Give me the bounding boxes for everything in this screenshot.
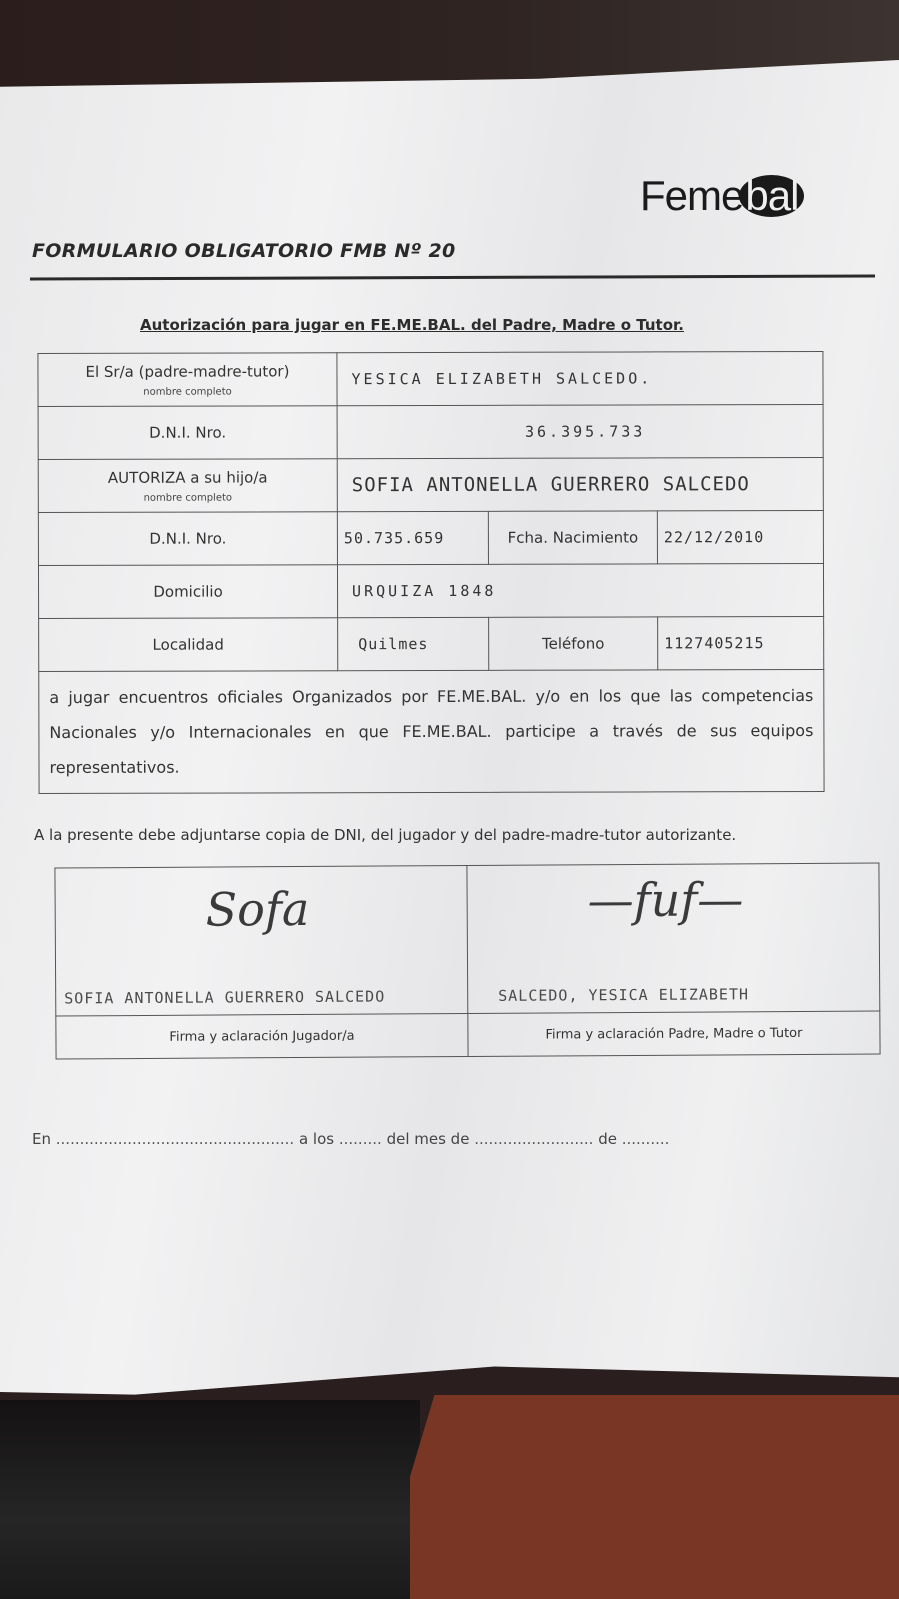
- child-dni-label: D.N.I. Nro.: [38, 512, 337, 566]
- logo-text: Feme: [640, 172, 743, 219]
- form-subtitle: Autorización para jugar en FE.ME.BAL. de…: [140, 316, 684, 334]
- table-row: D.N.I. Nro. 50.735.659 Fcha. Nacimiento …: [38, 510, 823, 565]
- city-label: Localidad: [39, 618, 338, 672]
- form-title: FORMULARIO OBLIGATORIO FMB Nº 20: [32, 240, 456, 262]
- background-wood-surface: [410, 1395, 899, 1599]
- signature-table: Sofa SOFIA ANTONELLA GUERRERO SALCEDO —f…: [54, 862, 880, 1059]
- guardian-signature-box[interactable]: —fuf— SALCEDO, YESICA ELIZABETH: [467, 863, 880, 1014]
- guardian-signature-label: Firma y aclaración Padre, Madre o Tutor: [468, 1011, 880, 1057]
- authorization-text: a jugar encuentros oficiales Organizados…: [39, 669, 824, 793]
- address-label: Domicilio: [38, 565, 337, 619]
- table-row: Localidad Quilmes Teléfono 1127405215: [39, 616, 824, 671]
- player-printed-name: SOFIA ANTONELLA GUERRERO SALCEDO: [64, 987, 463, 1007]
- guardian-label-cell: El Sr/a (padre-madre-tutor) nombre compl…: [38, 353, 337, 407]
- table-row: Firma y aclaración Jugador/a Firma y acl…: [56, 1011, 880, 1059]
- city-field[interactable]: Quilmes: [338, 617, 489, 670]
- day-blank[interactable]: .........: [339, 1130, 382, 1148]
- year-blank[interactable]: ..........: [622, 1130, 670, 1148]
- guardian-sublabel: nombre completo: [43, 386, 333, 398]
- player-signature-box[interactable]: Sofa SOFIA ANTONELLA GUERRERO SALCEDO: [55, 866, 468, 1017]
- guardian-printed-name: SALCEDO, YESICA ELIZABETH: [498, 985, 875, 1005]
- child-dni-field[interactable]: 50.735.659: [337, 511, 488, 564]
- child-sublabel: nombre completo: [43, 492, 333, 504]
- background-dark-cloth: [0, 1400, 420, 1599]
- address-field[interactable]: URQUIZA 1848: [337, 563, 823, 617]
- table-row: El Sr/a (padre-madre-tutor) nombre compl…: [38, 351, 823, 406]
- table-row: Sofa SOFIA ANTONELLA GUERRERO SALCEDO —f…: [55, 863, 880, 1016]
- table-row: Domicilio URQUIZA 1848: [38, 563, 823, 618]
- attachment-note: A la presente debe adjuntarse copia de D…: [34, 826, 736, 844]
- guardian-dni-field[interactable]: 36.395.733: [337, 404, 823, 458]
- birth-date-label: Fcha. Nacimiento: [488, 511, 657, 564]
- table-row: D.N.I. Nro. 36.395.733: [38, 404, 823, 459]
- child-name-field[interactable]: SOFIA ANTONELLA GUERRERO SALCEDO: [337, 457, 823, 511]
- birth-date-field[interactable]: 22/12/2010: [657, 510, 823, 563]
- date-del-mes-label: del mes de: [387, 1130, 470, 1148]
- guardian-name-field[interactable]: YESICA ELIZABETH SALCEDO.: [337, 351, 823, 405]
- date-a-los-label: a los: [299, 1130, 334, 1148]
- authorization-table: El Sr/a (padre-madre-tutor) nombre compl…: [37, 351, 824, 794]
- child-label-cell: AUTORIZA a su hijo/a nombre completo: [38, 459, 337, 513]
- player-signature-scribble-icon: Sofa: [206, 882, 310, 937]
- month-blank[interactable]: .........................: [474, 1130, 593, 1148]
- phone-label: Teléfono: [489, 617, 658, 670]
- table-row: a jugar encuentros oficiales Organizados…: [39, 669, 824, 793]
- date-en-label: En: [32, 1130, 51, 1148]
- place-blank[interactable]: ........................................…: [56, 1130, 294, 1148]
- player-signature-label: Firma y aclaración Jugador/a: [56, 1013, 468, 1059]
- table-row: AUTORIZA a su hijo/a nombre completo SOF…: [38, 457, 823, 512]
- phone-field[interactable]: 1127405215: [658, 616, 824, 669]
- date-place-line: En .....................................…: [32, 1130, 812, 1148]
- femebal-logo: Femebal: [640, 172, 804, 220]
- guardian-signature-scribble-icon: —fuf—: [587, 872, 743, 927]
- child-label: AUTORIZA a su hijo/a: [108, 468, 268, 486]
- date-de-label: de: [598, 1130, 617, 1148]
- guardian-label: El Sr/a (padre-madre-tutor): [85, 362, 289, 381]
- logo-ball-icon: bal: [739, 175, 804, 217]
- guardian-dni-label: D.N.I. Nro.: [38, 406, 337, 460]
